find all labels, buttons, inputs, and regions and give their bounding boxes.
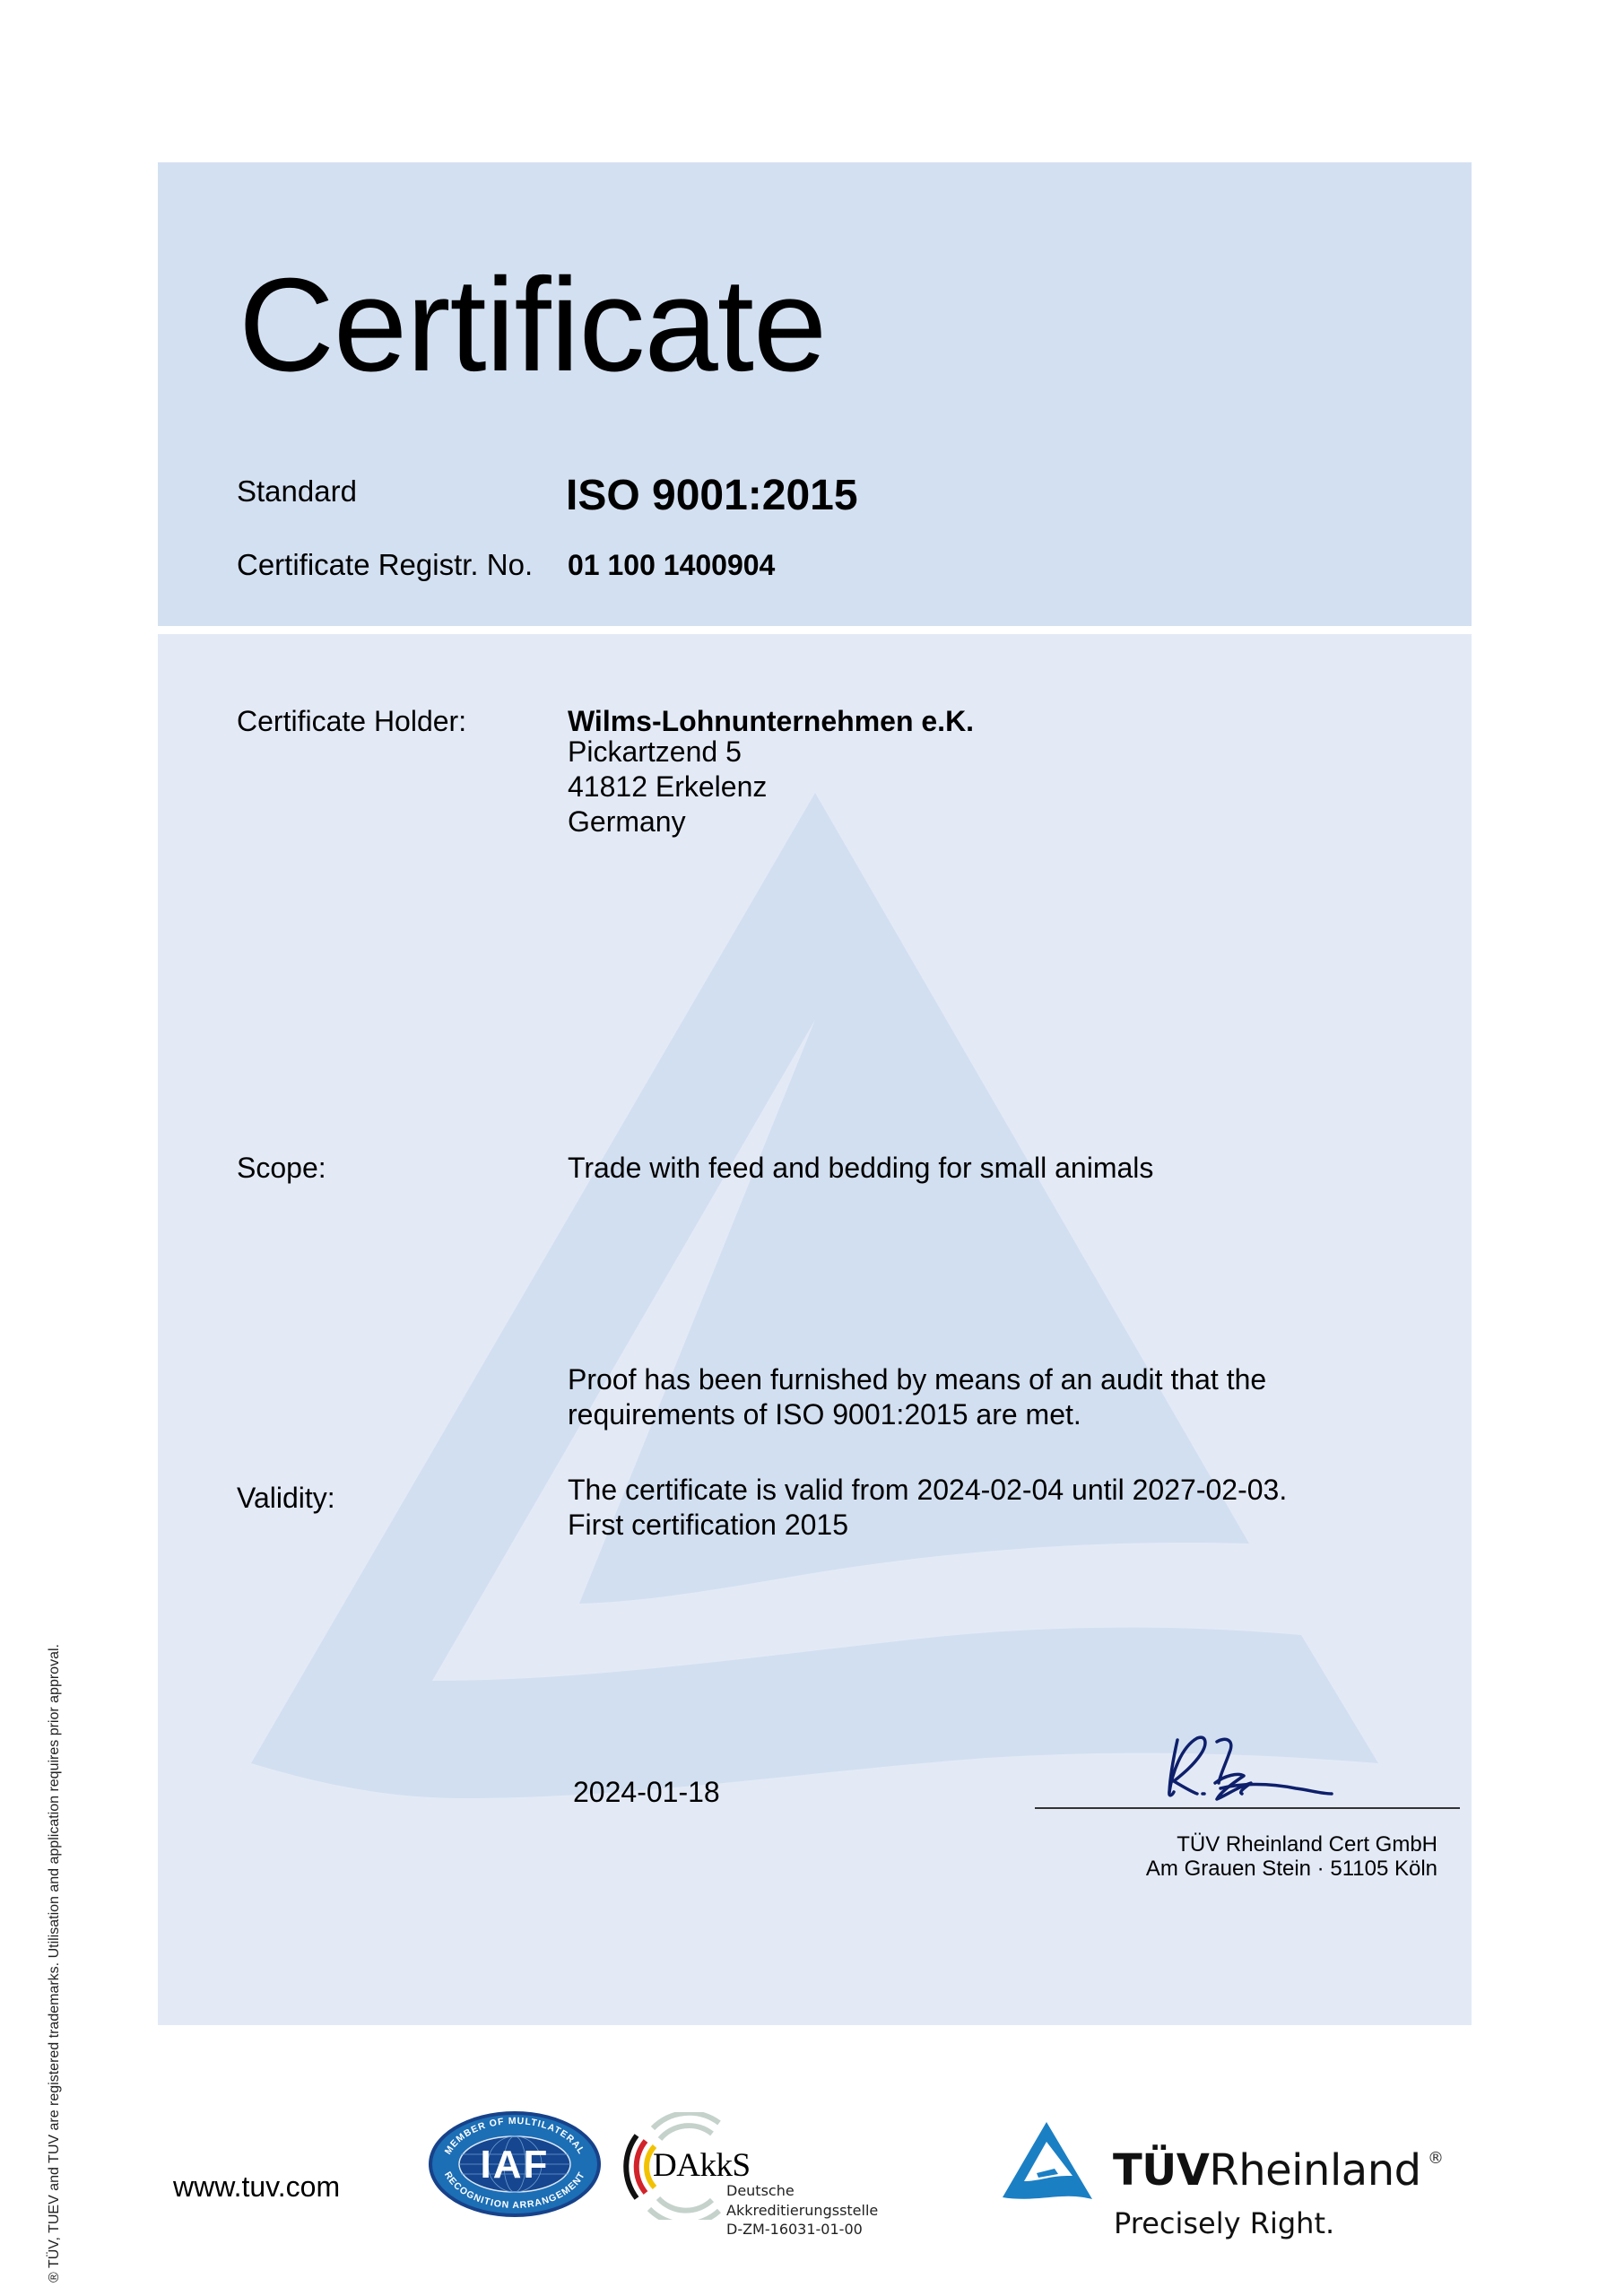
issue-date: 2024-01-18 — [573, 1778, 720, 1806]
validity-value: The certificate is valid from 2024-02-04… — [568, 1473, 1287, 1543]
website-link[interactable]: www.tuv.com — [173, 2172, 340, 2201]
registration-label: Certificate Registr. No. — [237, 550, 533, 579]
scope-value: Trade with feed and bedding for small an… — [568, 1153, 1153, 1182]
svg-text:IAF: IAF — [481, 2143, 550, 2187]
holder-name: Wilms-Lohnunternehmen e.K. — [568, 707, 974, 735]
dakks-line: Akkreditierungsstelle — [726, 2204, 878, 2218]
signature-icon — [1161, 1729, 1341, 1810]
address-line: 41812 Erkelenz — [568, 770, 767, 804]
address-line: Pickartzend 5 — [568, 735, 767, 770]
signature-line — [1035, 1807, 1460, 1809]
dakks-line: D-ZM-16031-01-00 — [726, 2222, 863, 2237]
certificate-title: Certificate — [239, 259, 826, 392]
registered-mark-icon: ® — [1428, 2151, 1444, 2167]
dakks-line: Deutsche — [726, 2184, 795, 2198]
tuv-slogan: Precisely Right. — [1114, 2209, 1334, 2238]
issuer-line: Am Grauen Stein · 51105 Köln — [1146, 1857, 1437, 1881]
audit-proof-statement: Proof has been furnished by means of an … — [568, 1362, 1266, 1432]
standard-value: ISO 9001:2015 — [566, 474, 858, 517]
trademark-notice: ® TÜV, TUEV and TUV are registered trade… — [47, 1644, 63, 2283]
tuv-brand-bold: TÜV — [1113, 2145, 1209, 2196]
validity-line: First certification 2015 — [568, 1508, 1287, 1543]
address-line: Germany — [568, 804, 767, 839]
standard-label: Standard — [237, 476, 357, 506]
proof-line: Proof has been furnished by means of an … — [568, 1362, 1266, 1397]
iaf-logo-icon: IAF MEMBER OF MULTILATERAL RECOGNITION A… — [427, 2109, 603, 2219]
tuv-rheinland-wordmark: TÜVRheinland — [1113, 2149, 1421, 2192]
issuer-address: TÜV Rheinland Cert GmbH Am Grauen Stein … — [1146, 1832, 1437, 1881]
validity-line: The certificate is valid from 2024-02-04… — [568, 1473, 1287, 1508]
proof-line: requirements of ISO 9001:2015 are met. — [568, 1397, 1266, 1432]
validity-label: Validity: — [237, 1483, 335, 1512]
holder-address: Pickartzend 5 41812 Erkelenz Germany — [568, 735, 767, 839]
issuer-line: TÜV Rheinland Cert GmbH — [1146, 1832, 1437, 1857]
holder-label: Certificate Holder: — [237, 707, 466, 735]
tuv-brand-regular: Rheinland — [1209, 2145, 1420, 2196]
scope-label: Scope: — [237, 1153, 326, 1182]
tuv-triangle-logo-icon — [1003, 2122, 1092, 2203]
registration-number: 01 100 1400904 — [568, 551, 775, 579]
dakks-name: DAkkS — [653, 2149, 751, 2182]
